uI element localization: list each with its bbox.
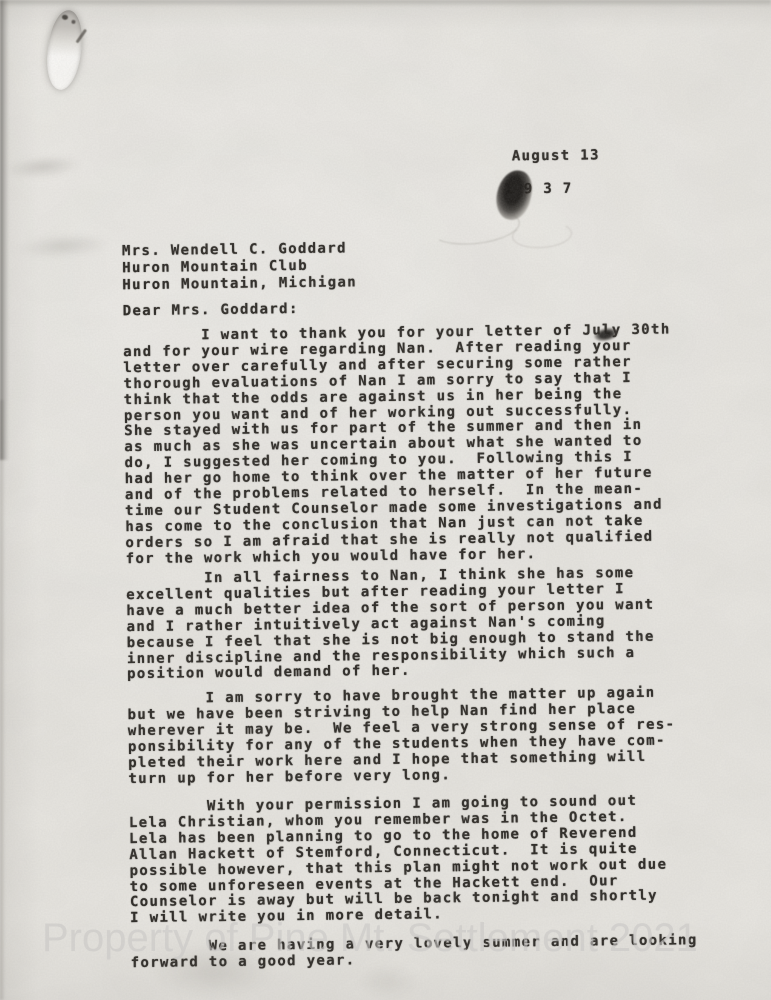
paragraph-2: In all fairness to Nan, I think she has … <box>126 566 655 684</box>
paragraph-1: I want to thank you for your letter of J… <box>123 322 673 567</box>
paragraph-5: We are having a very lovely summer and a… <box>130 933 698 972</box>
scanned-letter-page: August 13 1 9 3 7 Mrs. Wendell C. Goddar… <box>0 0 771 1000</box>
paragraph-4: With your permission I am going to sound… <box>129 794 668 928</box>
recipient-address: Mrs. Wendell C. Goddard Huron Mountain C… <box>122 240 357 294</box>
letter-content: August 13 1 9 3 7 Mrs. Wendell C. Goddar… <box>0 0 771 1000</box>
salutation: Dear Mrs. Goddard: <box>123 302 299 320</box>
date-line: August 13 <box>512 148 600 165</box>
paragraph-3: I am sorry to have brought the matter up… <box>127 685 676 787</box>
